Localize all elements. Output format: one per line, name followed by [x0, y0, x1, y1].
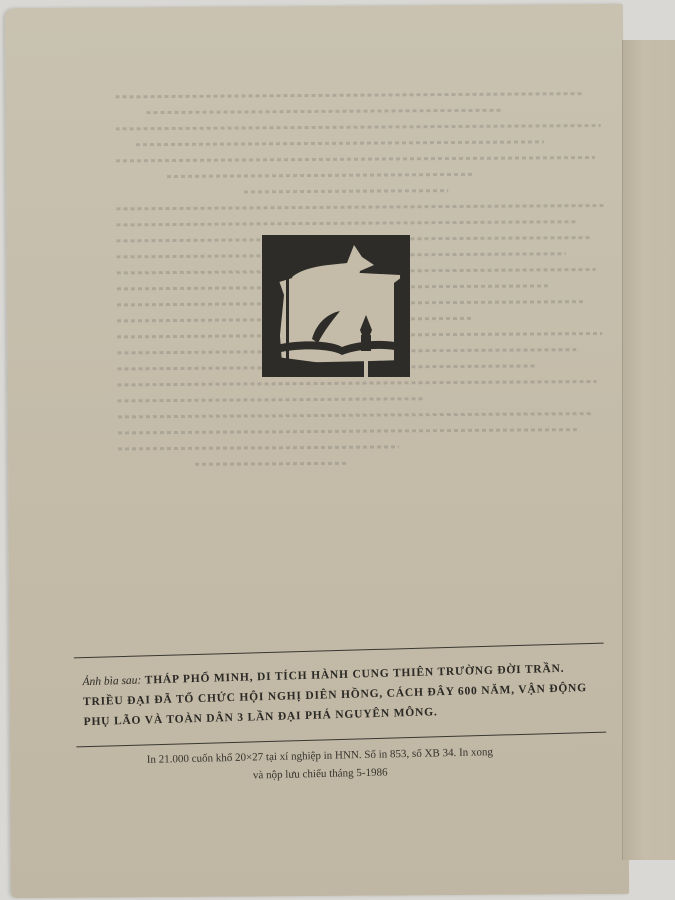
caption-lead: Ảnh bìa sau:: [82, 675, 141, 689]
back-cover-caption: Ảnh bìa sau: THÁP PHỔ MINH, DI TÍCH HÀNH…: [82, 658, 605, 733]
next-page-edge: [622, 40, 675, 860]
back-cover-caption-block: Ảnh bìa sau: THÁP PHỔ MINH, DI TÍCH HÀNH…: [74, 643, 606, 748]
caption-text: THÁP PHỔ MINH, DI TÍCH HÀNH CUNG THIÊN T…: [83, 663, 587, 728]
open-book-pen-flame-emblem-icon: [262, 235, 410, 377]
